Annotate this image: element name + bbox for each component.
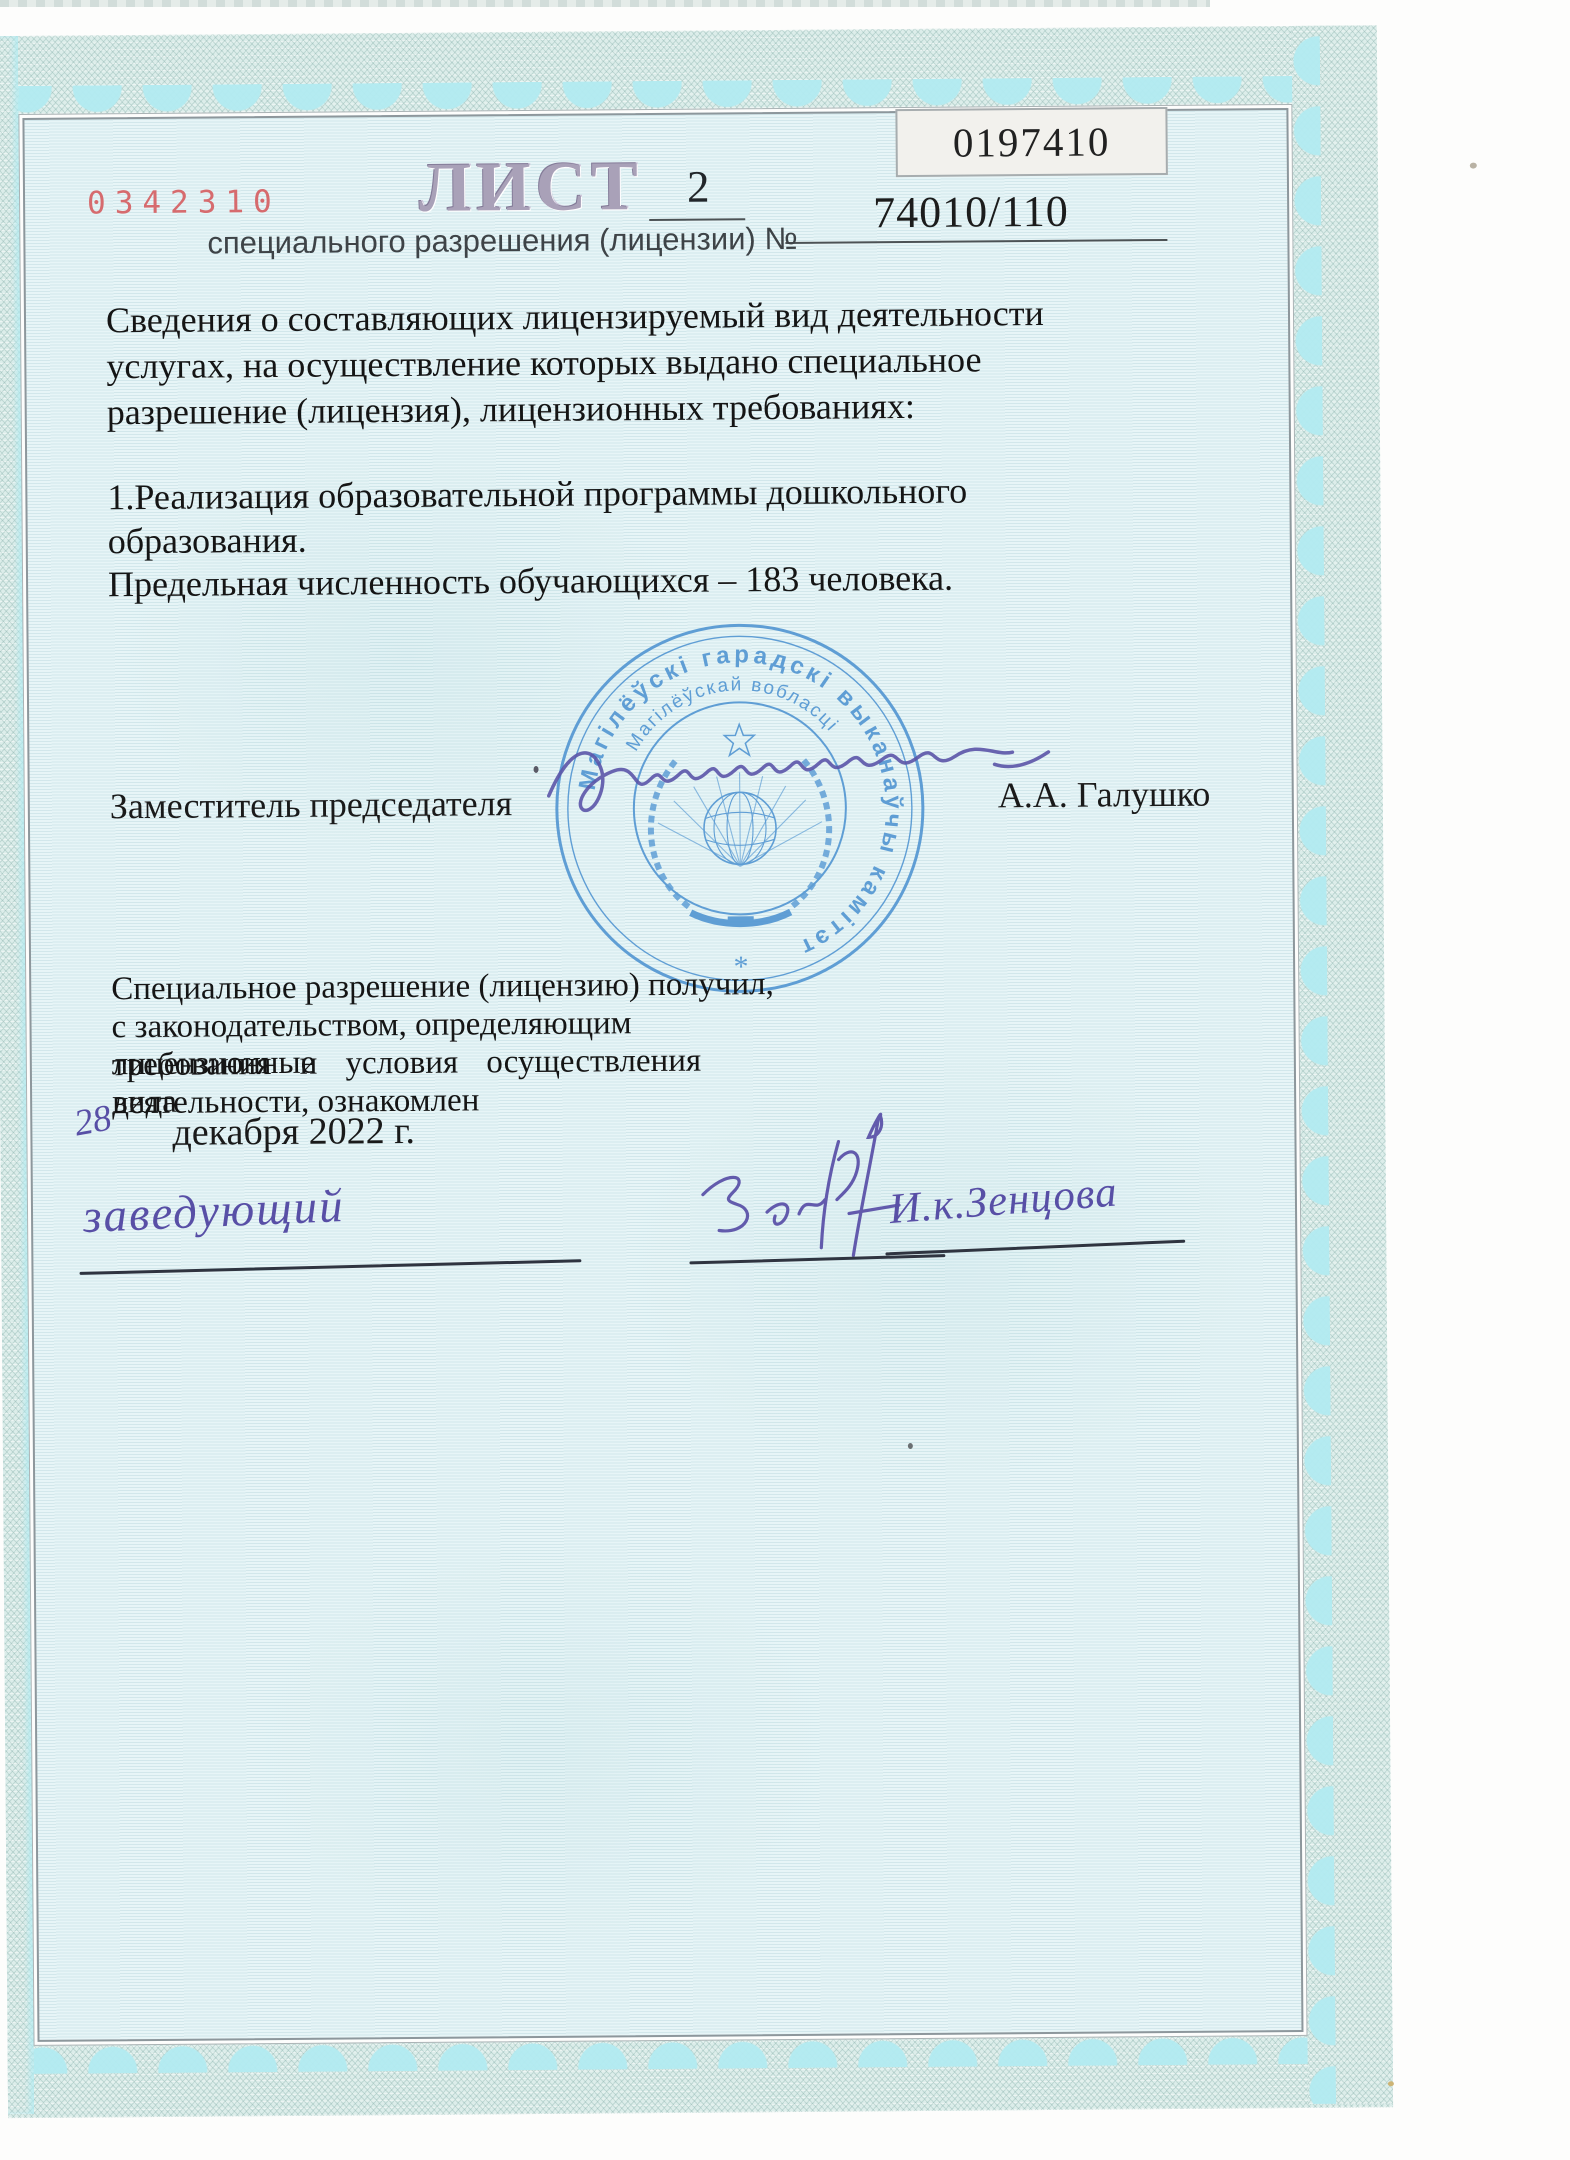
guilloche-border-top (0, 25, 1360, 114)
dust-speck (1388, 2081, 1394, 2086)
dust-speck (1470, 163, 1477, 169)
ack-date: декабря 2022 г. (172, 1109, 415, 1155)
guilloche-border-bottom (8, 2035, 1394, 2118)
handwritten-day: 28 (71, 1096, 115, 1145)
handwritten-position: заведующий (82, 1179, 346, 1244)
license-number: 74010/110 (873, 186, 1069, 239)
license-subtitle: специального разрешения (лицензии) № (207, 221, 797, 262)
page-title-list: ЛИСТ (401, 147, 662, 229)
sheet-number: 2 (687, 161, 710, 213)
dust-speck (908, 1443, 913, 1449)
licensed-activity-item: 1.Реализация образовательной программы д… (107, 467, 1128, 563)
certificate-sheet: 0342310 ЛИСТ 2 0197410 74010/110 специал… (0, 0, 1570, 2160)
student-limit-line: Предельная численность обучающихся – 183… (108, 555, 1128, 605)
ack-line-1: Специальное разрешение (лицензию) получи… (111, 966, 791, 1008)
scanned-license-page: 0342310 ЛИСТ 2 0197410 74010/110 специал… (0, 0, 1570, 2160)
form-serial-number: 0342310 (87, 184, 281, 222)
blank-number-box: 0197410 (895, 107, 1168, 177)
signatory-position: Заместитель председателя (110, 782, 513, 827)
dust-speck (534, 766, 539, 773)
signatory-name: А.А. Галушко (998, 773, 1211, 817)
guilloche-border-right (1292, 25, 1393, 2104)
signature-deputy-chair (542, 720, 1053, 839)
license-info-intro: Сведения о составляющих лицензируемый ви… (106, 289, 1127, 435)
